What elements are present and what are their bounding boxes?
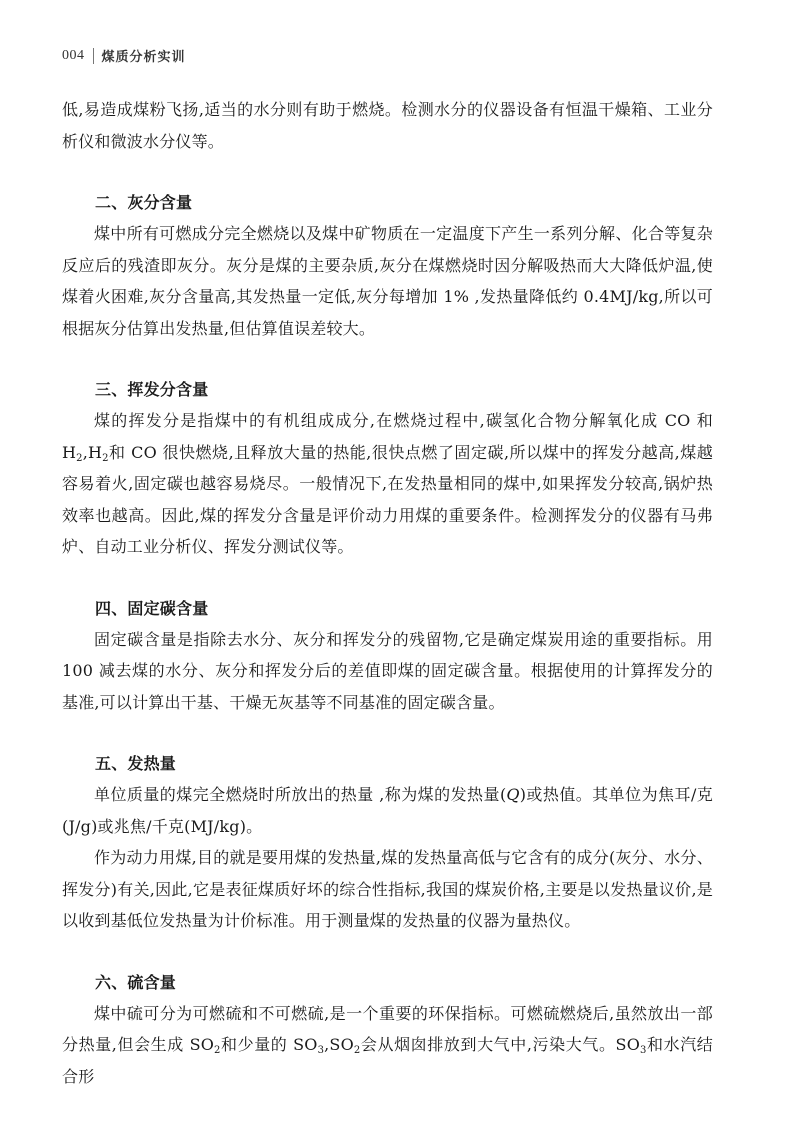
page-body: 低,易造成煤粉飞扬,适当的水分则有助于燃烧。检测水分的仪器设备有恒温干燥箱、工业…: [62, 94, 713, 1092]
text-run: 和 CO 很快燃烧,且释放大量的热能,很快点燃了固定碳,所以煤中的挥发分越高,煤…: [62, 443, 713, 557]
section-heading: 三、挥发分含量: [62, 374, 713, 405]
section-ash-content: 二、灰分含量 煤中所有可燃成分完全燃烧以及煤中矿物质在一定温度下产生一系列分解、…: [62, 187, 713, 344]
running-header: 004 煤质分析实训: [62, 46, 186, 65]
text-run: ,H: [83, 443, 102, 462]
paragraph: 煤中硫可分为可燃硫和不可燃硫,是一个重要的环保指标。可燃硫燃烧后,虽然放出一部分…: [62, 998, 713, 1093]
paragraph: 煤的挥发分是指煤中的有机组成成分,在燃烧过程中,碳氢化合物分解氧化成 CO 和 …: [62, 405, 713, 563]
text-run: 和少量的 SO: [221, 1035, 318, 1054]
section-fixed-carbon: 四、固定碳含量 固定碳含量是指除去水分、灰分和挥发分的残留物,它是确定煤炭用途的…: [62, 593, 713, 719]
section-volatile-matter: 三、挥发分含量 煤的挥发分是指煤中的有机组成成分,在燃烧过程中,碳氢化合物分解氧…: [62, 374, 713, 563]
symbol-q: Q: [506, 785, 519, 804]
text-run: 单位质量的煤完全燃烧时所放出的热量 ,称为煤的发热量(: [94, 785, 506, 804]
paragraph: 煤中所有可燃成分完全燃烧以及煤中矿物质在一定温度下产生一系列分解、化合等复杂反应…: [62, 218, 713, 344]
book-title: 煤质分析实训: [102, 46, 186, 65]
paragraph: 作为动力用煤,目的就是要用煤的发热量,煤的发热量高低与它含有的成分(灰分、水分、…: [62, 842, 713, 937]
paragraph: 单位质量的煤完全燃烧时所放出的热量 ,称为煤的发热量(Q)或热值。其单位为焦耳/…: [62, 779, 713, 842]
text-run: 会从烟囱排放到大气中,污染大气。SO: [360, 1035, 640, 1054]
intro-paragraph: 低,易造成煤粉飞扬,适当的水分则有助于燃烧。检测水分的仪器设备有恒温干燥箱、工业…: [62, 94, 713, 157]
header-divider: [93, 48, 94, 64]
section-heading: 二、灰分含量: [62, 187, 713, 218]
paragraph: 固定碳含量是指除去水分、灰分和挥发分的残留物,它是确定煤炭用途的重要指标。用 1…: [62, 624, 713, 719]
text-run: ,SO: [324, 1035, 354, 1054]
page-number: 004: [62, 48, 85, 64]
section-heading: 五、发热量: [62, 748, 713, 779]
section-calorific-value: 五、发热量 单位质量的煤完全燃烧时所放出的热量 ,称为煤的发热量(Q)或热值。其…: [62, 748, 713, 937]
section-heading: 六、硫含量: [62, 967, 713, 998]
section-heading: 四、固定碳含量: [62, 593, 713, 624]
section-sulfur-content: 六、硫含量 煤中硫可分为可燃硫和不可燃硫,是一个重要的环保指标。可燃硫燃烧后,虽…: [62, 967, 713, 1093]
